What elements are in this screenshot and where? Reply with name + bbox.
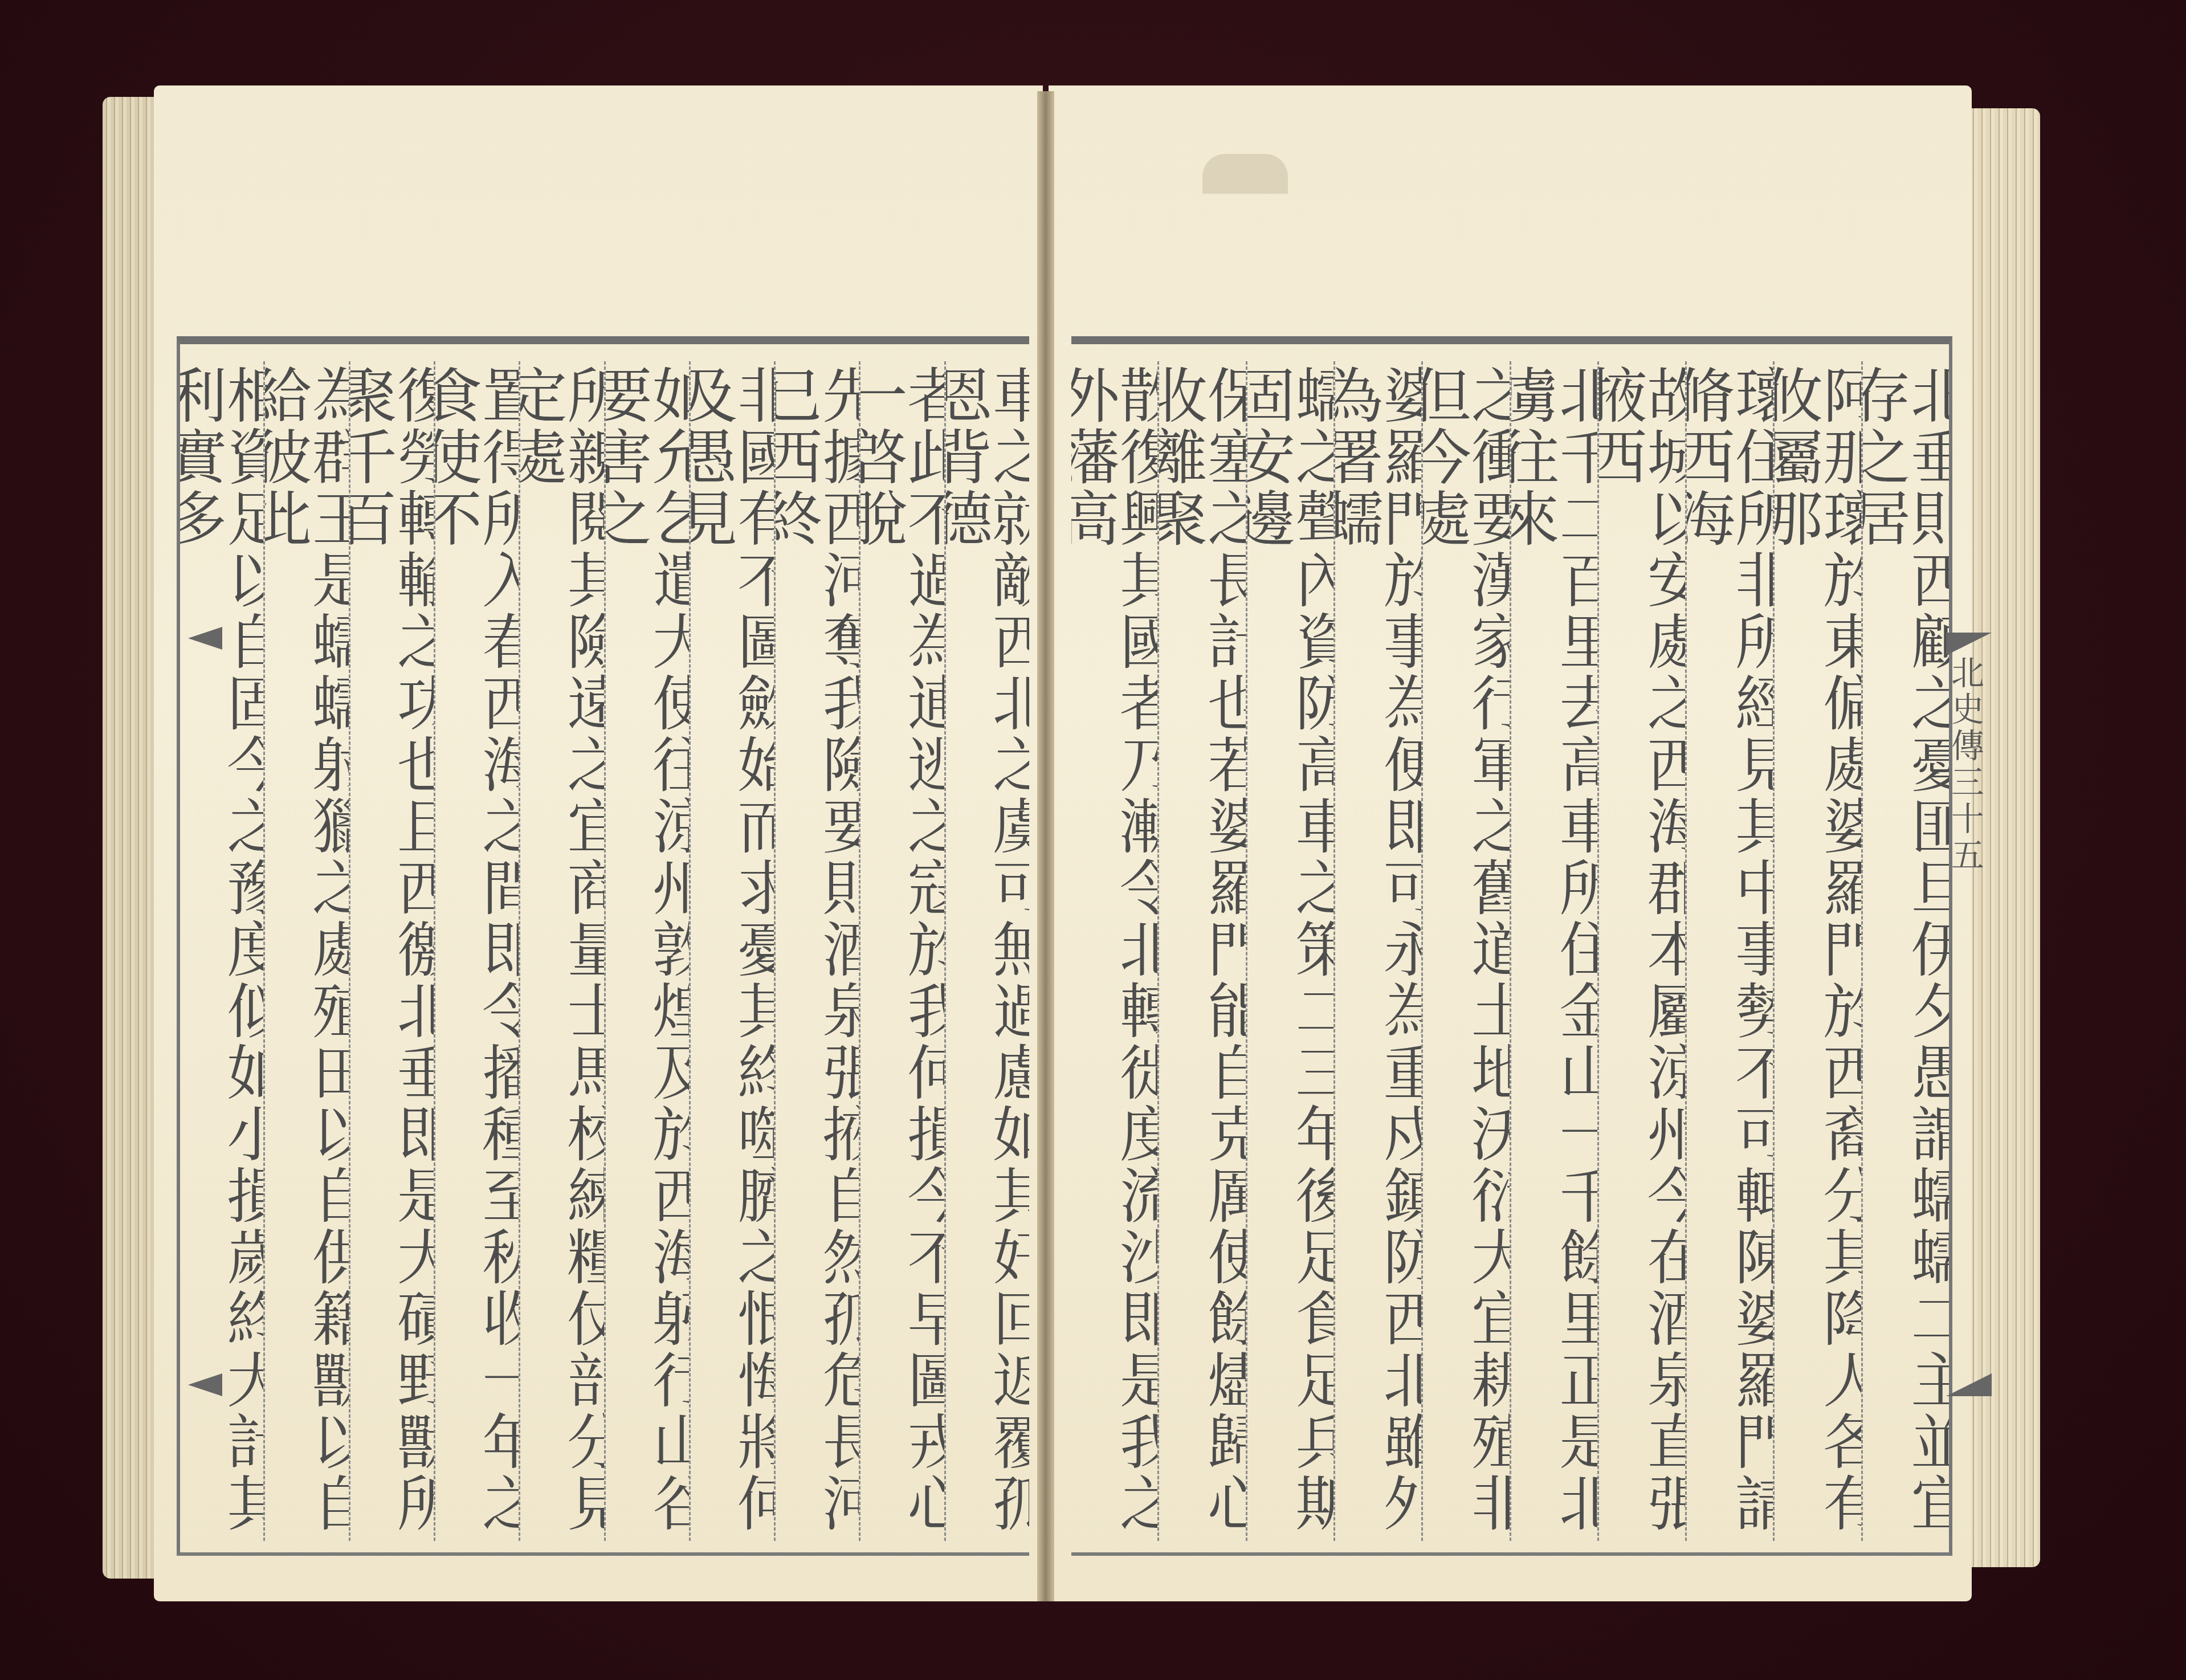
text-column: 保塞之長計也若婆羅門能自克厲使餘燼歸心收離聚 xyxy=(1157,361,1245,1541)
text-column: 蠕之聲內資防高車之策二三年後足食足兵斯固安邊 xyxy=(1246,361,1333,1541)
text-column: 之衝要漢家行軍之舊道土地沃衍大宜耕殖非但今處 xyxy=(1421,361,1509,1541)
right-page-columns: 北垂則西顧之憂匪旦伊夕愚謂蠕蠕二主並宜存之居 阿那瓌於東偏處婆羅門於西裔分其降人… xyxy=(1071,361,1949,1541)
text-column: 復勞轉輸之功也且西徼北垂即是大磧野獸所聚千百 xyxy=(349,361,434,1541)
paper-tab xyxy=(1202,154,1288,194)
open-book: 車之勍敵西北之虞可無過慮如其奸回返覆孤恩背德 者此不過為逋逃之寇於我何損今不早圖… xyxy=(103,85,2040,1618)
left-page-columns: 車之勍敵西北之虞可無過慮如其奸回返覆孤恩背德 者此不過為逋逃之寇於我何損今不早圖… xyxy=(180,361,1029,1541)
text-column: 車之勍敵西北之虞可無過慮如其奸回返覆孤恩背德 xyxy=(944,361,1029,1541)
right-page-text-block: 北垂則西顧之憂匪旦伊夕愚謂蠕蠕二主並宜存之居 阿那瓌於東偏處婆羅門於西裔分其降人… xyxy=(1071,336,1952,1556)
text-column: 如允乞遣大使往涼州敦煌及於西海躬行山谷要害之 xyxy=(604,361,689,1541)
margin-title: 北史傳三十五 xyxy=(1955,655,1989,874)
text-column: 非國有不圖斂始而求憂其終噬臍之恨悔將何及愚見 xyxy=(689,361,774,1541)
text-column: 婆羅門於事為便即可永為重戍鎮防西北雖外為署蠕 xyxy=(1333,361,1421,1541)
book-gutter xyxy=(1037,91,1054,1601)
text-column: 所親閱其險遠之宜商量士馬校練糧仗部分見定處 xyxy=(519,361,603,1541)
text-column: 相資足以自固今之豫度似如小損歲終大計其利實多 xyxy=(180,361,263,1541)
text-column: 北垂則西顧之憂匪旦伊夕愚謂蠕蠕二主並宜存之居 xyxy=(1861,361,1949,1541)
text-column: 故城以安處之西海郡本屬涼州今在酒泉直張掖西 xyxy=(1597,361,1685,1541)
text-column: 先據西河奪我險要則酒泉張掖自然孤危長河已西終 xyxy=(774,361,859,1541)
text-column: 者此不過為逋逃之寇於我何損今不早圖戎心一啓脫 xyxy=(859,361,944,1541)
text-column: 瓌住所非所經見其中事勢不可輒陳婆羅門請脩西海 xyxy=(1685,361,1773,1541)
text-column: 北千二百里去高車所住金山一千餘里正是北虜往來 xyxy=(1510,361,1597,1541)
text-column: 阿那瓌於東偏處婆羅門於西裔分其降人各有攸屬那 xyxy=(1773,361,1861,1541)
text-column: 散復興其國者乃漸令北轉徙度流沙即是我之外藩高 xyxy=(1071,361,1157,1541)
text-column: 置得所入春西海之間即令播種至秋收一年之食使不 xyxy=(434,361,519,1541)
text-column: 為群王是蠕蠕射獵之處殖田以自供籍獸以自給彼此 xyxy=(263,361,348,1541)
left-page-text-block: 車之勍敵西北之虞可無過慮如其奸回返覆孤恩背德 者此不過為逋逃之寇於我何損今不早圖… xyxy=(177,336,1029,1556)
